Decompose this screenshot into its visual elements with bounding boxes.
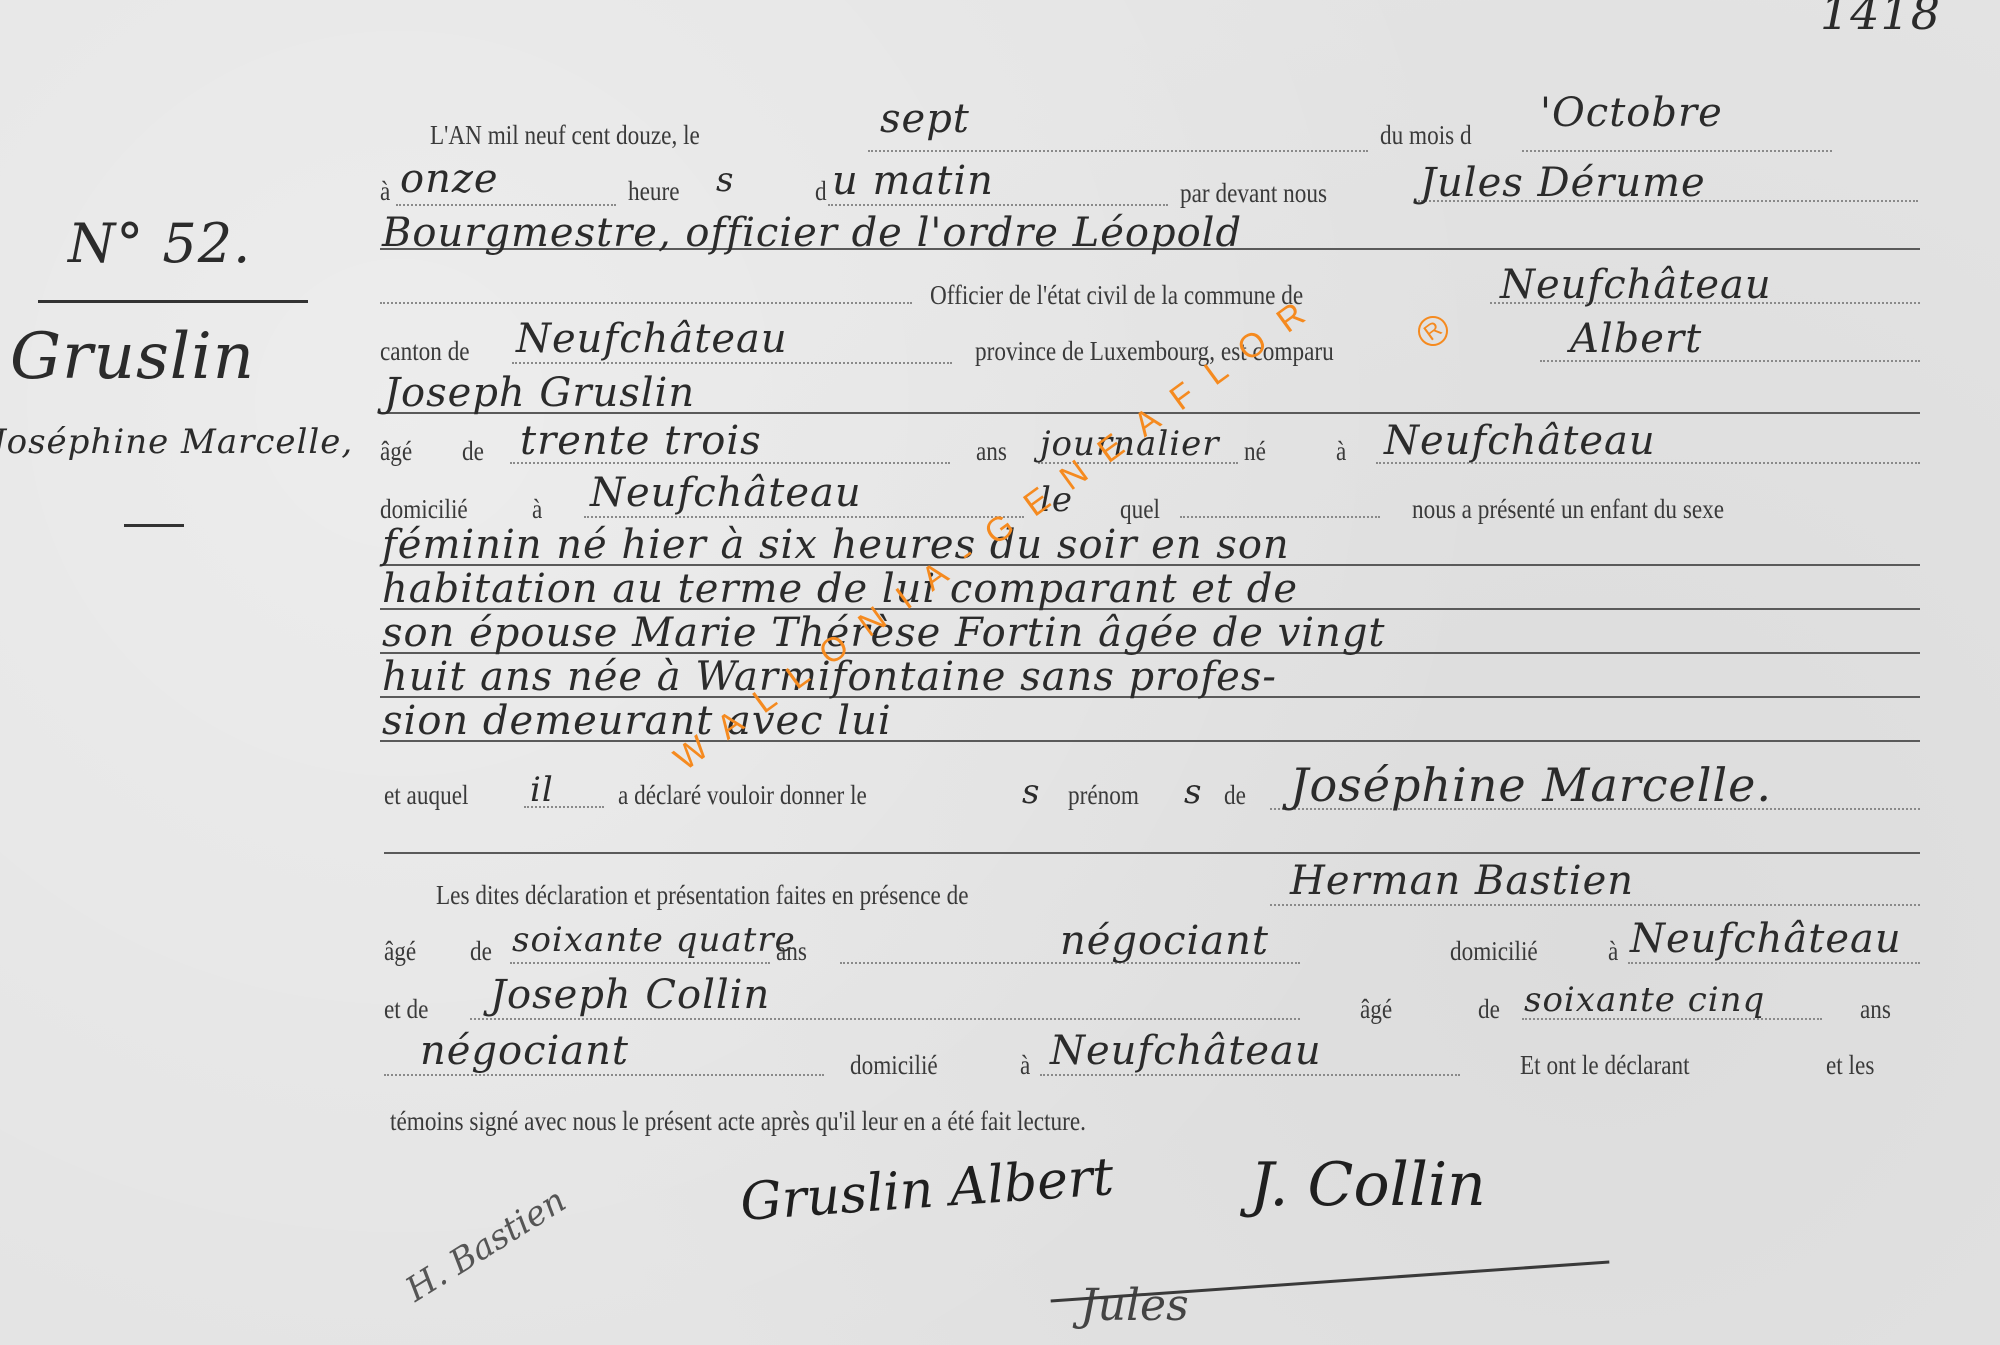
form-text: Officier de l'état civil de la commune d… xyxy=(930,280,1303,311)
fill-line xyxy=(1180,516,1380,518)
margin-surname: Gruslin xyxy=(10,320,255,394)
field-witness1-occupation: négociant xyxy=(1060,918,1269,964)
field-child-names: Joséphine Marcelle. xyxy=(1290,758,1772,812)
field-witness2-age: soixante cinq xyxy=(1524,980,1765,1020)
field-witness1-name: Herman Bastien xyxy=(1290,858,1634,904)
form-text: nous a présenté un enfant du sexe xyxy=(1412,494,1724,525)
field-plural-s: s xyxy=(1022,772,1040,812)
form-text: à xyxy=(380,176,390,207)
form-text: témoins signé avec nous le présent acte … xyxy=(390,1106,1086,1137)
fill-line xyxy=(868,150,1368,152)
field-day: sept xyxy=(880,96,970,142)
field-declarant-birthplace: Neufchâteau xyxy=(1384,418,1656,464)
form-text: à xyxy=(532,494,542,525)
form-text: de xyxy=(1224,780,1246,811)
form-text: et de xyxy=(384,994,428,1025)
form-text: a déclaré vouloir donner le xyxy=(618,780,867,811)
fill-line xyxy=(512,362,952,364)
field-witness2-name: Joseph Collin xyxy=(490,972,770,1018)
form-text: ans xyxy=(1860,994,1891,1025)
form-text: du mois d xyxy=(1380,120,1472,151)
field-witness1-age: soixante quatre xyxy=(512,920,796,960)
form-text: Et ont le déclarant xyxy=(1520,1050,1690,1081)
fill-line xyxy=(384,1074,824,1076)
form-text: à xyxy=(1020,1050,1030,1081)
form-text: Les dites déclaration et présentation fa… xyxy=(436,880,969,911)
form-text: L'AN mil neuf cent douze, le xyxy=(430,120,700,151)
form-text: né xyxy=(1244,436,1266,467)
form-text: canton de xyxy=(380,336,470,367)
form-text: à xyxy=(1336,436,1346,467)
field-declarant-firstname: Albert xyxy=(1570,316,1702,362)
form-text: de xyxy=(462,436,484,467)
fill-line xyxy=(384,852,1920,854)
form-text: âgé xyxy=(380,436,412,467)
form-text: ans xyxy=(776,936,807,967)
field-time-of-day: u matin xyxy=(832,158,994,204)
signature-officer: Jules xyxy=(1080,1280,1189,1331)
form-text: domicilié xyxy=(1450,936,1538,967)
signature-witness2: J. Collin xyxy=(1250,1150,1486,1220)
form-text: prénom xyxy=(1068,780,1139,811)
form-text: et auquel xyxy=(384,780,468,811)
form-text: domicilié xyxy=(850,1050,938,1081)
field-hour: onze xyxy=(400,156,499,202)
narrative-line: féminin né hier à six heures du soir en … xyxy=(382,522,1290,568)
fill-line xyxy=(470,1018,1300,1020)
signature-witness1: H. Bastien xyxy=(399,1180,573,1310)
field-witness2-occupation: négociant xyxy=(420,1028,629,1074)
field-pronoun: il xyxy=(530,770,554,810)
fill-line xyxy=(1522,150,1832,152)
fill-line xyxy=(828,204,1168,206)
field-officer-name: Jules Dérume xyxy=(1420,160,1706,206)
form-text: domicilié xyxy=(380,494,468,525)
field-canton: Neufchâteau xyxy=(516,316,788,362)
form-text: de xyxy=(470,936,492,967)
form-text: heure xyxy=(628,176,680,207)
fill-line xyxy=(380,302,912,304)
margin-given-names: Joséphine Marcelle, xyxy=(0,422,353,462)
fill-line xyxy=(1040,1074,1460,1076)
signature-declarant: Gruslin Albert xyxy=(738,1147,1115,1233)
fill-line xyxy=(510,962,770,964)
narrative-line: sion demeurant avec lui xyxy=(382,698,892,744)
field-plural-s2: s xyxy=(1184,772,1202,812)
field-officer-title: Bourgmestre, officier de l'ordre Léopold xyxy=(382,210,1242,256)
watermark-registered-icon: R xyxy=(1412,310,1454,352)
field-witness2-domicile: Neufchâteau xyxy=(1050,1028,1322,1074)
field-hour-plural: s xyxy=(716,160,734,200)
field-declarant-age: trente trois xyxy=(520,418,762,464)
form-text: quel xyxy=(1120,494,1160,525)
field-witness1-domicile: Neufchâteau xyxy=(1630,916,1902,962)
form-text: et les xyxy=(1826,1050,1874,1081)
act-number: N° 52. xyxy=(68,212,251,275)
margin-divider xyxy=(38,300,308,303)
form-text: par devant nous xyxy=(1180,178,1327,209)
narrative-line: habitation au terme de lui comparant et … xyxy=(382,566,1298,612)
page-number: 1418 xyxy=(1820,0,1941,40)
form-text: d xyxy=(815,176,827,207)
margin-underline xyxy=(124,524,184,527)
form-text: de xyxy=(1478,994,1500,1025)
form-text: âgé xyxy=(384,936,416,967)
fill-line xyxy=(396,204,616,206)
form-text: à xyxy=(1608,936,1618,967)
fill-line xyxy=(1628,962,1920,964)
form-text: âgé xyxy=(1360,994,1392,1025)
fill-line xyxy=(1270,904,1920,906)
field-declarant-names: Joseph Gruslin xyxy=(384,370,695,416)
fill-line xyxy=(584,516,1024,518)
field-commune: Neufchâteau xyxy=(1500,262,1772,308)
field-declarant-domicile: Neufchâteau xyxy=(590,470,862,516)
field-month: 'Octobre xyxy=(1540,90,1723,136)
form-text: ans xyxy=(976,436,1007,467)
